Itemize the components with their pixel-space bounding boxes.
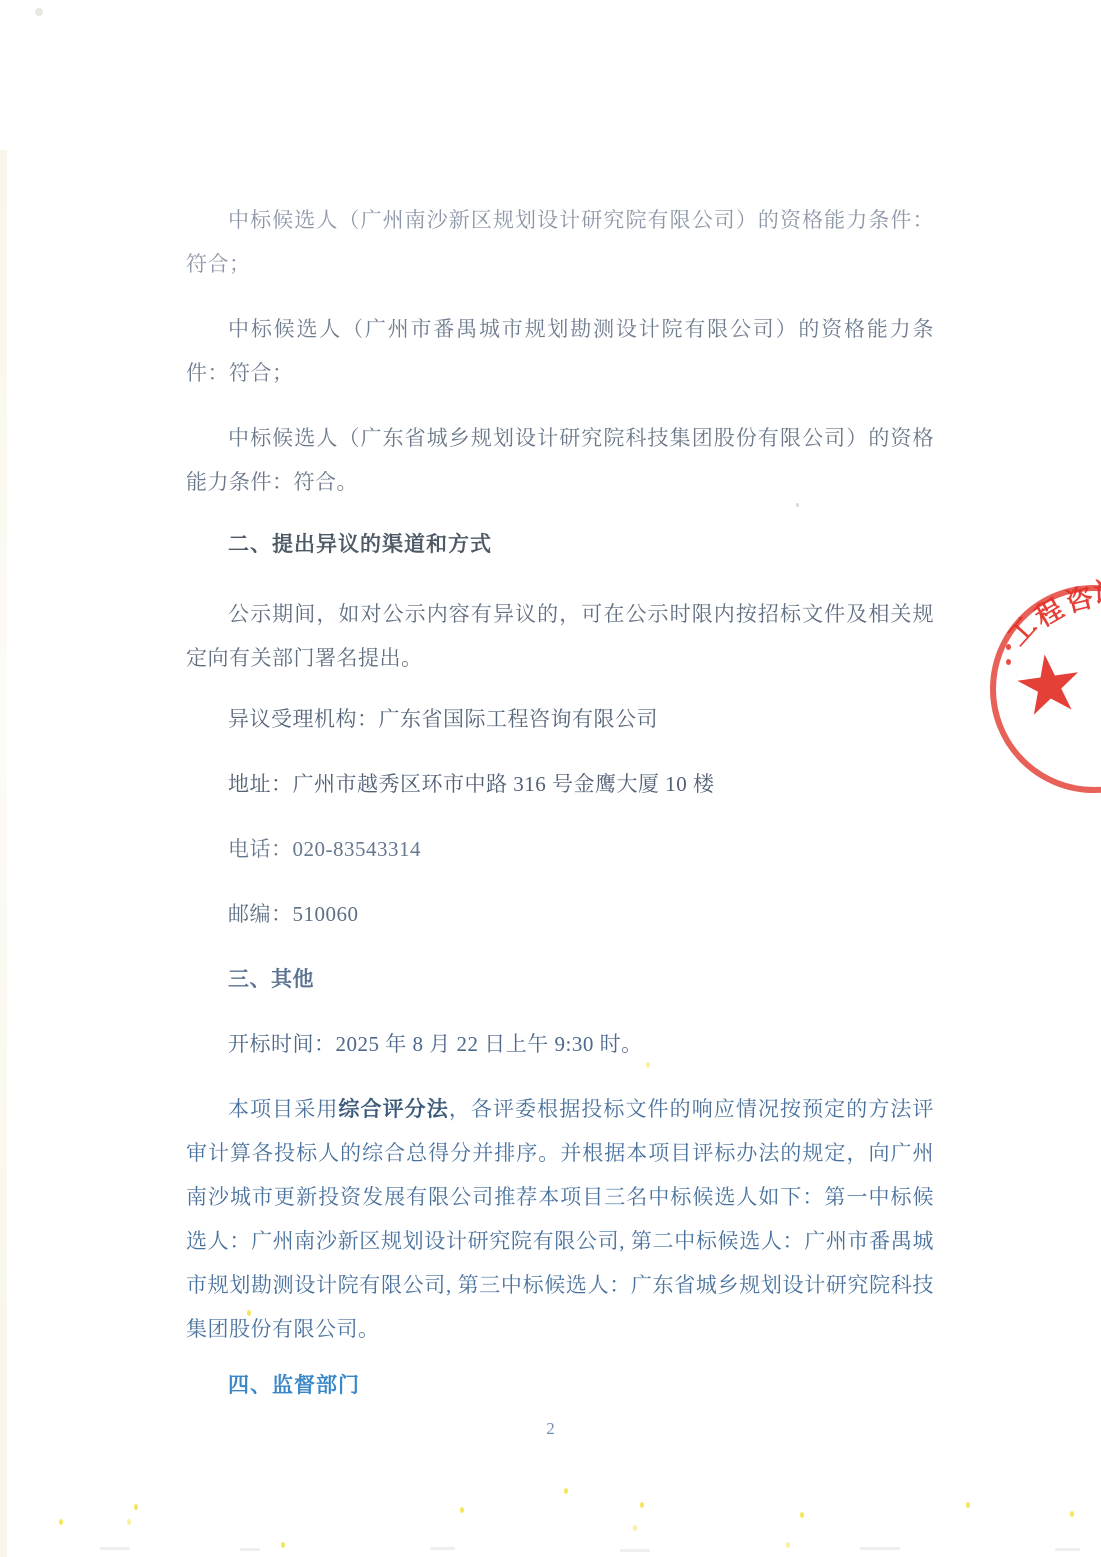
page-number: 2: [0, 1416, 1101, 1442]
scan-smudge: [796, 503, 799, 507]
scan-smudge: [620, 1549, 650, 1552]
evaluation-method-bold: 综合评分法: [338, 1097, 448, 1121]
scan-speck: [966, 1502, 970, 1508]
scan-smudge: [35, 8, 43, 16]
evaluation-paragraph: 本项目采用综合评分法，各评委根据投标文件的响应情况按预定的方法评审计算各投标人的…: [186, 1087, 934, 1351]
candidate-paragraph-2: 中标候选人（广州市番禺城市规划勘测设计院有限公司）的资格能力条件：符合；: [186, 307, 934, 395]
scan-smudge: [430, 1547, 455, 1550]
evaluation-paragraph-prefix: 本项目采用: [228, 1097, 338, 1121]
scan-smudge: [860, 1547, 900, 1550]
scan-speck: [59, 1519, 63, 1525]
seal-dot: [1006, 644, 1011, 650]
scan-speck: [564, 1488, 568, 1494]
scan-speck: [800, 1512, 804, 1518]
scan-smudge: [240, 1548, 260, 1551]
objection-agency-line: 异议受理机构：广东省国际工程咨询有限公司: [186, 697, 934, 741]
scan-speck: [247, 1310, 251, 1316]
scan-smudge: [1055, 1548, 1080, 1551]
candidate-paragraph-3: 中标候选人（广东省城乡规划设计研究院科技集团股份有限公司）的资格能力条件：符合。: [186, 416, 934, 504]
scan-speck: [134, 1504, 138, 1510]
objection-paragraph: 公示期间，如对公示内容有异议的，可在公示时限内按招标文件及相关规定向有关部门署名…: [186, 592, 934, 680]
postcode-line: 邮编：510060: [186, 892, 934, 936]
seal-dot: [1006, 659, 1011, 665]
section-2-heading: 二、提出异议的渠道和方式: [186, 522, 934, 566]
scan-speck: [786, 1542, 790, 1548]
scan-speck: [640, 1502, 644, 1508]
scan-speck: [127, 1519, 131, 1525]
evaluation-paragraph-suffix: ，各评委根据投标文件的响应情况按预定的方法评审计算各投标人的综合总得分并排序。并…: [186, 1097, 934, 1341]
scan-speck: [1070, 1511, 1074, 1517]
phone-line: 电话：020-83543314: [186, 827, 934, 871]
scan-smudge: [100, 1547, 130, 1550]
seal-arc-char: 询: [1093, 580, 1101, 608]
document-page: 中标候选人（广州南沙新区规划设计研究院有限公司）的资格能力条件：符合； 中标候选…: [0, 0, 1101, 1557]
section-3-heading: 三、其他: [186, 957, 934, 1001]
scan-speck: [646, 1062, 650, 1068]
scan-speck: [281, 1542, 285, 1548]
section-4-heading: 四、监督部门: [186, 1363, 934, 1407]
bid-opening-line: 开标时间：2025 年 8 月 22 日上午 9:30 时。: [186, 1022, 934, 1066]
scan-speck: [633, 1525, 637, 1531]
candidate-paragraph-1: 中标候选人（广州南沙新区规划设计研究院有限公司）的资格能力条件：符合；: [186, 198, 934, 286]
scan-speck: [460, 1507, 464, 1513]
scan-edge-strip: [0, 150, 7, 1557]
address-line: 地址：广州市越秀区环市中路 316 号金鹰大厦 10 楼: [186, 762, 934, 806]
seal-star-icon: ★: [1008, 640, 1090, 729]
